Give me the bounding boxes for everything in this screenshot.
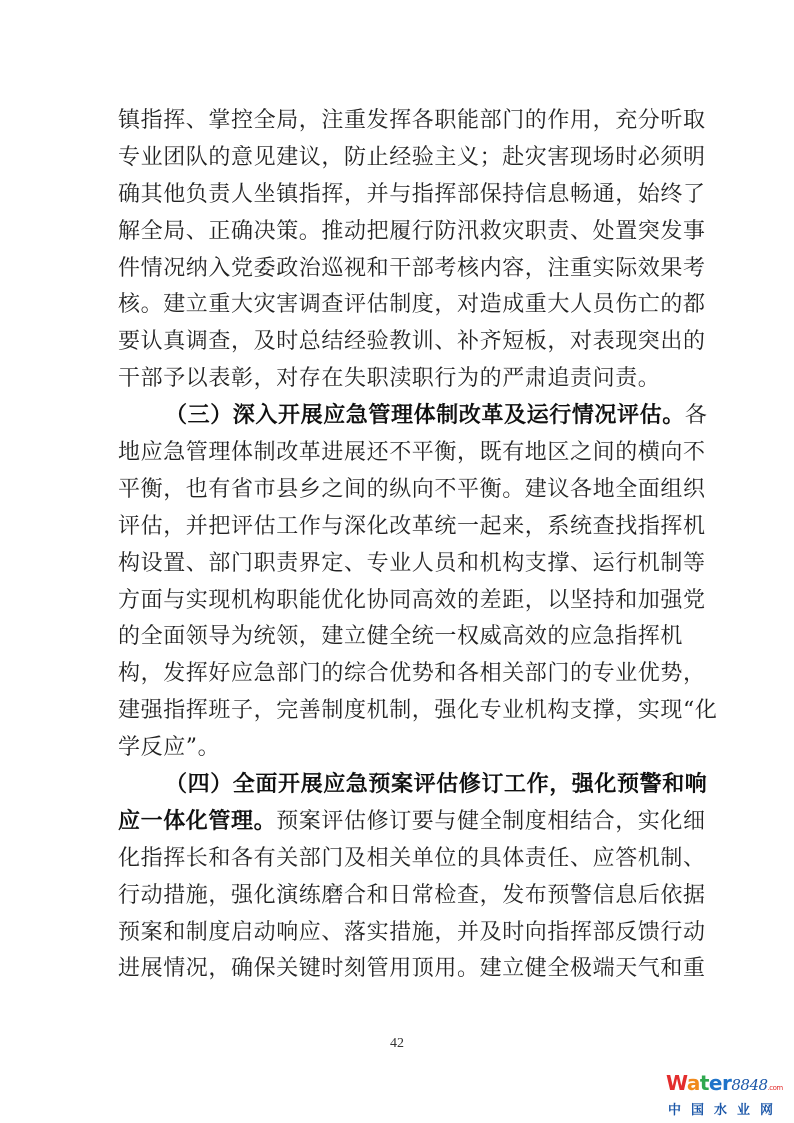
text-line: 预案和制度启动响应、落实措施，并及时向指挥部反馈行动 bbox=[118, 915, 678, 952]
logo-letter: r bbox=[722, 1071, 731, 1095]
heading-tail-text: 预案评估修订要与健全制度相结合，实化细 bbox=[276, 809, 705, 834]
logo-chinese-name: 中国水业网 bbox=[666, 1099, 794, 1118]
section-heading-3: （三）深入开展应急管理体制改革及运行情况评估。各 bbox=[118, 398, 678, 435]
text-line: 评估，并把评估工作与深化改革统一起来，系统查找指挥机 bbox=[118, 509, 678, 546]
text-line: 镇指挥、掌控全局，注重发挥各职能部门的作用，充分听取 bbox=[118, 103, 678, 140]
text-line: 专业团队的意见建议，防止经验主义；赴灾害现场时必须明 bbox=[118, 140, 678, 177]
logo-wordmark: Water8848.com bbox=[666, 1072, 794, 1099]
text-line: 方面与实现机构职能优化协同高效的差距，以坚持和加强党 bbox=[118, 583, 678, 620]
text-line: 学反应”。 bbox=[118, 730, 678, 767]
logo-letter: W bbox=[666, 1071, 687, 1095]
text-line: 件情况纳入党委政治巡视和干部考核内容，注重实际效果考 bbox=[118, 251, 678, 288]
text-line: 地应急管理体制改革进展还不平衡，既有地区之间的横向不 bbox=[118, 435, 678, 472]
text-line: 平衡，也有省市县乡之间的纵向不平衡。建议各地全面组织 bbox=[118, 472, 678, 509]
watermark-logo: Water8848.com 中国水业网 bbox=[666, 1072, 794, 1114]
text-line: 的全面领导为统领，建立健全统一权威高效的应急指挥机 bbox=[118, 619, 678, 656]
text-line: 化指挥长和各有关部门及相关单位的具体责任、应答机制、 bbox=[118, 841, 678, 878]
text-line: 建强指挥班子，完善制度机制，强化专业机构支撑，实现“化 bbox=[118, 693, 678, 730]
document-page: 镇指挥、掌控全局，注重发挥各职能部门的作用，充分听取 专业团队的意见建议，防止经… bbox=[0, 0, 794, 1123]
text-line: 确其他负责人坐镇指挥，并与指挥部保持信息畅通，始终了 bbox=[118, 177, 678, 214]
page-number: 42 bbox=[0, 1036, 794, 1052]
logo-letter: t bbox=[700, 1071, 709, 1095]
logo-number: 8848 bbox=[731, 1076, 767, 1094]
heading-bold-text: 应一体化管理。 bbox=[118, 809, 276, 834]
text-line: 解全局、正确决策。推动把履行防汛救灾职责、处置突发事 bbox=[118, 214, 678, 251]
section-heading-4: （四）全面开展应急预案评估修订工作，强化预警和响 bbox=[118, 767, 678, 804]
logo-letter: e bbox=[709, 1071, 722, 1095]
text-line: 要认真调查，及时总结经验教训、补齐短板，对表现突出的 bbox=[118, 324, 678, 361]
text-line: 核。建立重大灾害调查评估制度，对造成重大人员伤亡的都 bbox=[118, 287, 678, 324]
body-text: 镇指挥、掌控全局，注重发挥各职能部门的作用，充分听取 专业团队的意见建议，防止经… bbox=[118, 103, 678, 988]
text-line: 进展情况，确保关键时刻管用顶用。建立健全极端天气和重 bbox=[118, 951, 678, 988]
text-line: 构，发挥好应急部门的综合优势和各相关部门的专业优势， bbox=[118, 656, 678, 693]
heading-bold-text: （四）全面开展应急预案评估修订工作，强化预警和响 bbox=[165, 772, 707, 797]
heading-tail-text: 各 bbox=[685, 403, 708, 428]
logo-letter: a bbox=[687, 1071, 700, 1095]
text-line: 构设置、部门职责界定、专业人员和机构支撑、运行机制等 bbox=[118, 546, 678, 583]
section-heading-4-cont: 应一体化管理。预案评估修订要与健全制度相结合，实化细 bbox=[118, 804, 678, 841]
text-line: 干部予以表彰，对存在失职渎职行为的严肃追责问责。 bbox=[118, 361, 678, 398]
text-line: 行动措施，强化演练磨合和日常检查，发布预警信息后依据 bbox=[118, 878, 678, 915]
heading-bold-text: （三）深入开展应急管理体制改革及运行情况评估。 bbox=[165, 403, 685, 428]
logo-domain: .com bbox=[768, 1084, 783, 1092]
